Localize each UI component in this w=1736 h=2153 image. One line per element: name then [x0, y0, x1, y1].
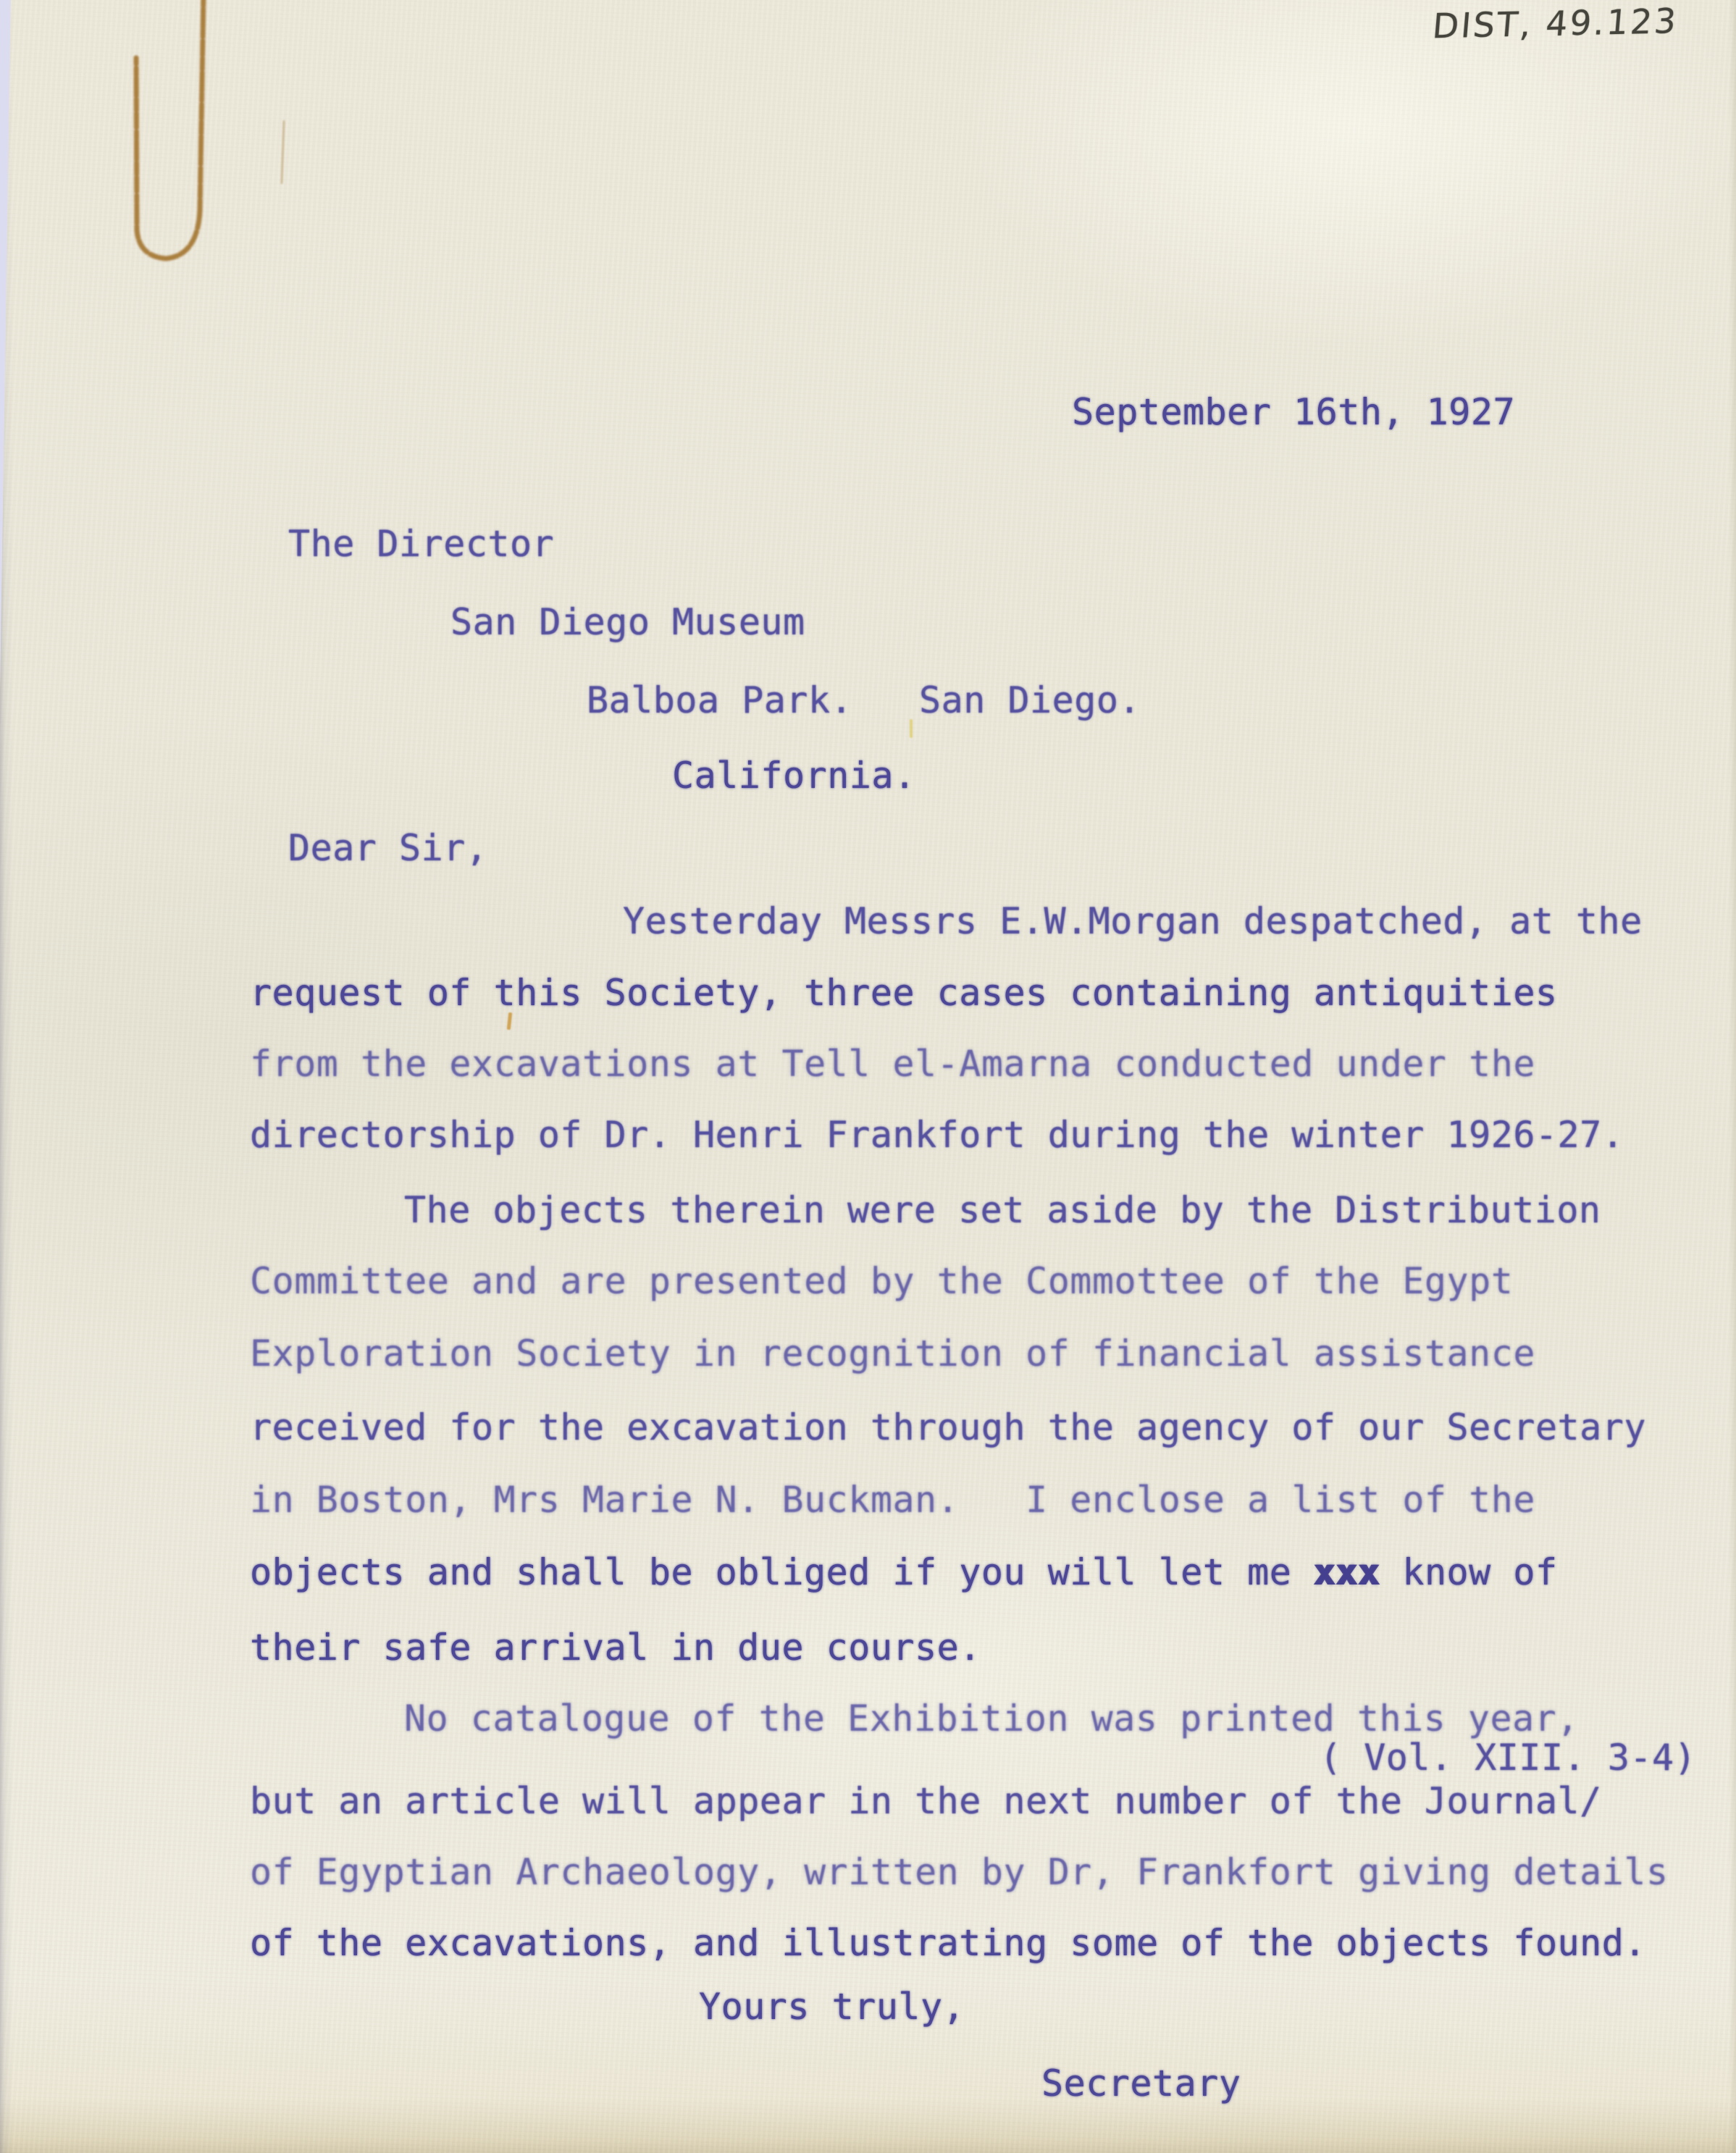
recipient-line: California. [672, 755, 916, 797]
body-line: Committee and are presented by the Commo… [250, 1260, 1513, 1302]
paperclip-rust-stain [93, 0, 223, 304]
body-line: No catalogue of the Exhibition was print… [404, 1697, 1579, 1739]
body-line: Yesterday Messrs E.W.Morgan despatched, … [623, 900, 1643, 942]
salutation: Dear Sir, [288, 827, 487, 869]
body-line-text: objects and shall be obliged if you will… [250, 1551, 1314, 1593]
recipient-line: San Diego Museum [450, 601, 805, 643]
archival-annotation: DIST, 49.123 [1431, 1, 1680, 46]
rust-streak [280, 120, 285, 184]
body-line: request of this Society, three cases con… [250, 972, 1558, 1014]
body-line: their safe arrival in due course. [250, 1627, 981, 1669]
closing: Yours truly, [699, 1986, 965, 2028]
body-line: objects and shall be obliged if you will… [250, 1551, 1558, 1593]
body-line: from the excavations at Tell el-Amarna c… [250, 1043, 1535, 1085]
body-line: received for the excavation through the … [250, 1406, 1646, 1448]
body-line: directorship of Dr. Henri Frankfort duri… [250, 1114, 1624, 1156]
body-line: of Egyptian Archaeology, written by Dr, … [250, 1851, 1669, 1893]
date-line: September 16th, 1927 [1072, 391, 1515, 433]
signature: Secretary [1041, 2062, 1241, 2104]
body-line-text: know of [1380, 1551, 1558, 1593]
interlinear-insertion: ( Vol. XIII. 3-4) [1320, 1737, 1696, 1779]
recipient-line: The Director [288, 523, 554, 565]
body-line: in Boston, Mrs Marie N. Buckman. I enclo… [250, 1479, 1535, 1521]
body-line: Exploration Society in recognition of fi… [250, 1332, 1535, 1375]
letter-scan: DIST, 49.123 September 16th, 1927 The Di… [0, 0, 1736, 2153]
orange-fiber-speck [507, 1012, 512, 1030]
body-line: but an article will appear in the next n… [250, 1780, 1602, 1822]
recipient-line: Balboa Park. San Diego. [587, 679, 1141, 721]
body-line: of the excavations, and illustrating som… [250, 1922, 1646, 1964]
overtyped-strikeout: xxx [1314, 1551, 1380, 1593]
body-line: The objects therein were set aside by th… [404, 1189, 1601, 1231]
letter-paper: DIST, 49.123 September 16th, 1927 The Di… [0, 0, 1736, 2153]
yellow-fiber-speck [910, 719, 913, 738]
